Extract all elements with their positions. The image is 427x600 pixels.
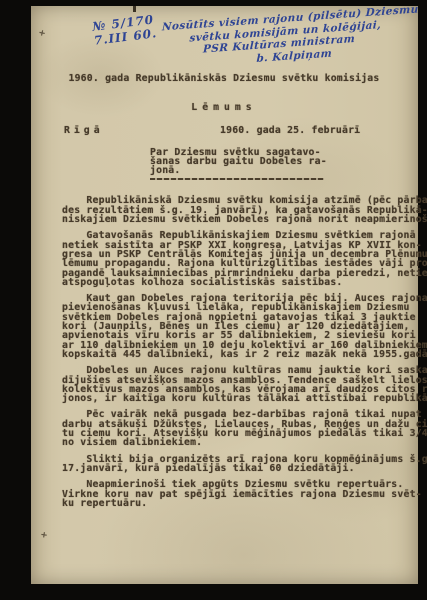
paragraph-6: Slikti bija organizēts arī rajona koru k… <box>62 455 386 474</box>
text-line: jonos, ir kaitīga koru kultūras tālākai … <box>62 394 386 403</box>
document-heading: 1960. gada Republikāniskās Dziesmu svētk… <box>62 74 386 83</box>
subject-line: šanas darbu gaitu Dobeles ra- <box>150 157 386 166</box>
handwritten-note: Nosūtīts visiem rajonu (pilsētu) Dziesmu… <box>160 2 427 71</box>
edge-tick-mark <box>133 6 136 12</box>
text-line: 17.janvārī, kurā piedalījās tikai 60 dzi… <box>62 464 386 473</box>
text-line: ku repertuāru. <box>62 499 386 508</box>
date-label: 1960. gada 25. februārī <box>220 126 360 135</box>
place-label: Rīgā <box>64 126 104 135</box>
typed-body: 1960. gada Republikāniskās Dziesmu svētk… <box>62 74 386 515</box>
pencil-mark-top: + <box>38 27 46 39</box>
dateline: Rīgā 1960. gada 25. februārī <box>62 126 386 136</box>
paragraph-3: Kaut gan Dobeles rajona teritorija pēc b… <box>62 294 386 359</box>
paragraph-5: Pēc vairāk nekā pusgada bez-darbības raj… <box>62 410 386 447</box>
subject-line: jonā. <box>150 166 386 175</box>
paragraph-2: Gatavošanās Republikāniskajiem Dziesmu s… <box>62 231 386 287</box>
paragraph-4: Dobeles un Auces rajonu kultūras namu ja… <box>62 366 386 403</box>
text-line: niskajiem Dziesmu svētkiem Dobeles rajon… <box>62 215 386 224</box>
paragraph-7: Neapmierinoši tiek apgūts Dziesmu svētku… <box>62 480 386 508</box>
text-line: no visiem dalībniekiem. <box>62 438 386 447</box>
handwritten-registry: № 5/170 7.III 60. <box>92 12 158 48</box>
document-title: Lēmums <box>62 103 386 112</box>
text-line: atspoguļotas kolhoza socialistiskās sais… <box>62 278 386 287</box>
pencil-mark-bottom: + <box>40 530 48 542</box>
text-line: kopskaitā 445 dalībnieki, kas ir 2 reiz … <box>62 350 386 359</box>
subject-block: Par Dziesmu svētku sagatavo-šanas darbu … <box>150 148 386 176</box>
subject-underline <box>150 178 324 180</box>
document-page: + № 5/170 7.III 60. Nosūtīts visiem rajo… <box>31 6 418 584</box>
photo-background: + № 5/170 7.III 60. Nosūtīts visiem rajo… <box>0 0 427 600</box>
paragraph-1: Republikāniskā Dziesmu svētku komisija a… <box>62 196 386 224</box>
